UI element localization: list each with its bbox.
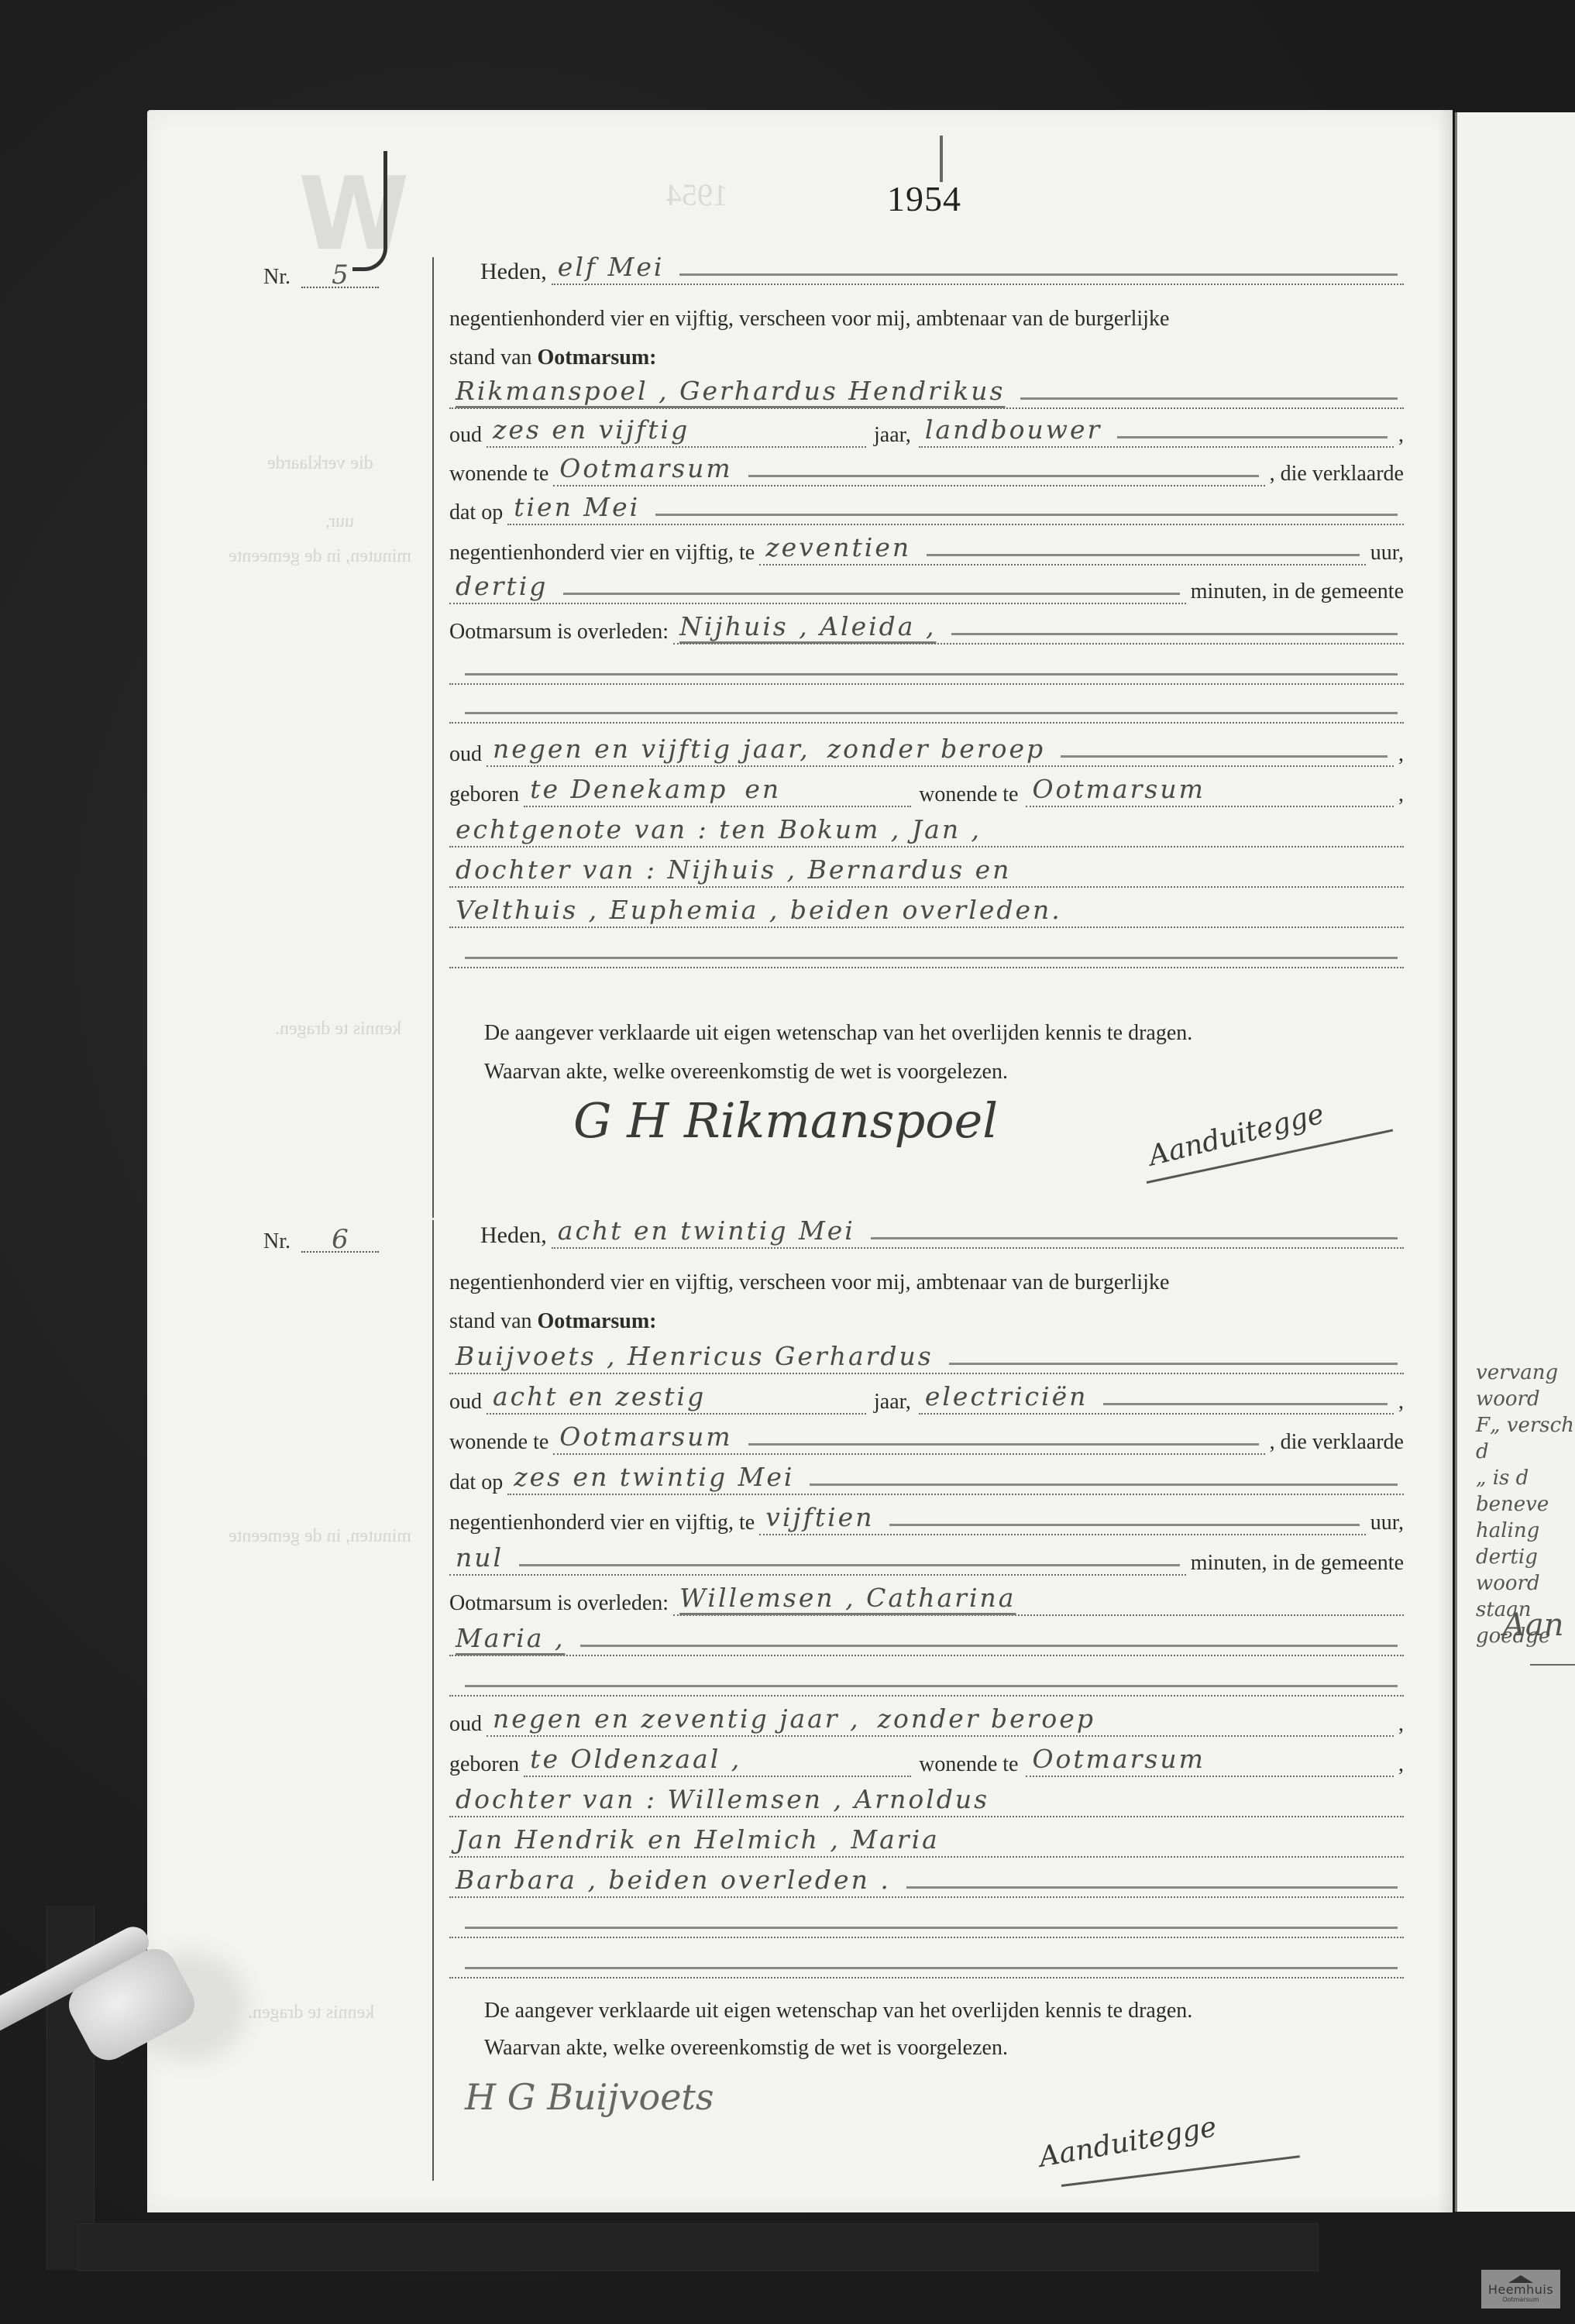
bleed-through-text: uur, xyxy=(325,511,354,532)
form-line-heden: Heden, elf Mei xyxy=(449,246,1404,285)
form-line-deceased-age: oud negen en zeventig jaar , zonder bero… xyxy=(449,1698,1404,1737)
register-year: 1954 xyxy=(887,178,961,219)
bleed-through-text: minuten, in de gemeente xyxy=(229,1526,411,1547)
form-line-date: dat op tien Mei xyxy=(449,486,1404,525)
j-stamp-mark xyxy=(940,136,943,182)
margin-signature: Aan xyxy=(1503,1607,1564,1643)
form-line-stand: stand van Ootmarsum: xyxy=(449,332,1404,370)
form-line-age: oud zes en vijftig jaar, landbouwer , xyxy=(449,409,1404,448)
bleed-through-text: die verklaarde xyxy=(267,453,373,474)
form-line-blank xyxy=(449,685,1404,724)
heemhuis-watermark: Heemhuis Ootmarsum xyxy=(1481,2270,1560,2309)
handwritten-deceased: Nijhuis , Aleida , xyxy=(673,611,936,643)
bleed-through-text: kennis te dragen. xyxy=(275,1019,401,1040)
handwritten-declarant: Rikmanspoel , Gerhardus Hendrikus xyxy=(449,376,1005,407)
closing-statement: Waarvan akte, welke overeenkomstig de we… xyxy=(484,1060,1008,1085)
form-line-birthplace: geboren te Oldenzaal , wonende te Ootmar… xyxy=(449,1738,1404,1777)
handwritten-date: elf Mei xyxy=(552,252,665,284)
signature-declarant: G H Rikmanspoel xyxy=(573,1092,998,1149)
record-number: Nr.6 xyxy=(263,1228,379,1254)
form-line-relation: Barbara , beiden overleden . xyxy=(449,1859,1404,1898)
column-divider xyxy=(432,1220,434,2181)
form-line-relation: echtgenote van : ten Bokum , Jan , xyxy=(449,809,1404,847)
gutter-shadow xyxy=(1437,110,1454,2212)
form-line-stand: stand van Ootmarsum: xyxy=(449,1295,1404,1334)
form-line-hour: negentienhonderd vier en vijftig, te vij… xyxy=(449,1497,1404,1535)
form-line-age: oud acht en zestig jaar, electriciën , xyxy=(449,1376,1404,1415)
form-line-minutes: dertig minuten, in de gemeente xyxy=(449,566,1404,604)
form-line-preamble: negentienhonderd vier en vijftig, versch… xyxy=(449,293,1404,332)
year-bleed-through: 1954 xyxy=(666,177,728,213)
margin-signature-underline xyxy=(1530,1664,1575,1666)
form-line-relation: dochter van : Willemsen , Arnoldus xyxy=(449,1779,1404,1817)
form-line-relation: dochter van : Nijhuis , Bernardus en xyxy=(449,849,1404,888)
j-stamp-mark xyxy=(352,151,387,271)
binding-tape-bottom xyxy=(77,2223,1319,2271)
form-line-deceased: Ootmarsum is overleden: Nijhuis , Aleida… xyxy=(449,606,1404,645)
bleed-through-text: kennis te dragen. xyxy=(248,2003,374,2023)
form-line-declarant: Buijvoets , Henricus Gerhardus xyxy=(449,1336,1404,1374)
form-line-blank xyxy=(449,930,1404,968)
closing-statement: De aangever verklaarde uit eigen wetensc… xyxy=(484,1999,1192,2023)
signature-declarant: H G Buijvoets xyxy=(465,2076,714,2118)
form-line-residence: wonende te Ootmarsum , die verklaarde xyxy=(449,1416,1404,1455)
form-line-blank xyxy=(449,1658,1404,1697)
form-line-relation: Jan Hendrik en Helmich , Maria xyxy=(449,1819,1404,1858)
form-line-declarant: Rikmanspoel , Gerhardus Hendrikus xyxy=(449,370,1404,409)
form-line-blank xyxy=(449,646,1404,685)
bleed-through-text: minuten, in de gemeente xyxy=(229,546,411,567)
form-line-birthplace: geboren te Denekamp en wonende te Ootmar… xyxy=(449,768,1404,807)
form-line-minutes: nul minuten, in de gemeente xyxy=(449,1537,1404,1576)
form-line-deceased: Ootmarsum is overleden: Willemsen , Cath… xyxy=(449,1577,1404,1616)
form-line-blank xyxy=(449,1940,1404,1978)
form-line-residence: wonende te Ootmarsum , die verklaarde xyxy=(449,448,1404,486)
form-line-date: dat op zes en twintig Mei xyxy=(449,1456,1404,1495)
form-line-relation: Velthuis , Euphemia , beiden overleden. xyxy=(449,889,1404,928)
column-divider xyxy=(432,257,434,1218)
form-line-hour: negentienhonderd vier en vijftig, te zev… xyxy=(449,527,1404,566)
margin-annotation: vervang woord F„ versch d „ is d beneve … xyxy=(1476,1360,1574,1649)
form-line-preamble: negentienhonderd vier en vijftig, versch… xyxy=(449,1257,1404,1295)
closing-statement: Waarvan akte, welke overeenkomstig de we… xyxy=(484,2036,1008,2061)
form-line-deceased-cont: Maria , xyxy=(449,1618,1404,1656)
closing-statement: De aangever verklaarde uit eigen wetensc… xyxy=(484,1021,1192,1046)
form-line-deceased-age: oud negen en vijftig jaar, zonder beroep… xyxy=(449,728,1404,767)
adjacent-page xyxy=(1455,112,1575,2212)
form-line-blank xyxy=(449,1899,1404,1938)
record-number: Nr.5 xyxy=(263,263,379,290)
form-line-heden: Heden, acht en twintig Mei xyxy=(449,1210,1404,1249)
